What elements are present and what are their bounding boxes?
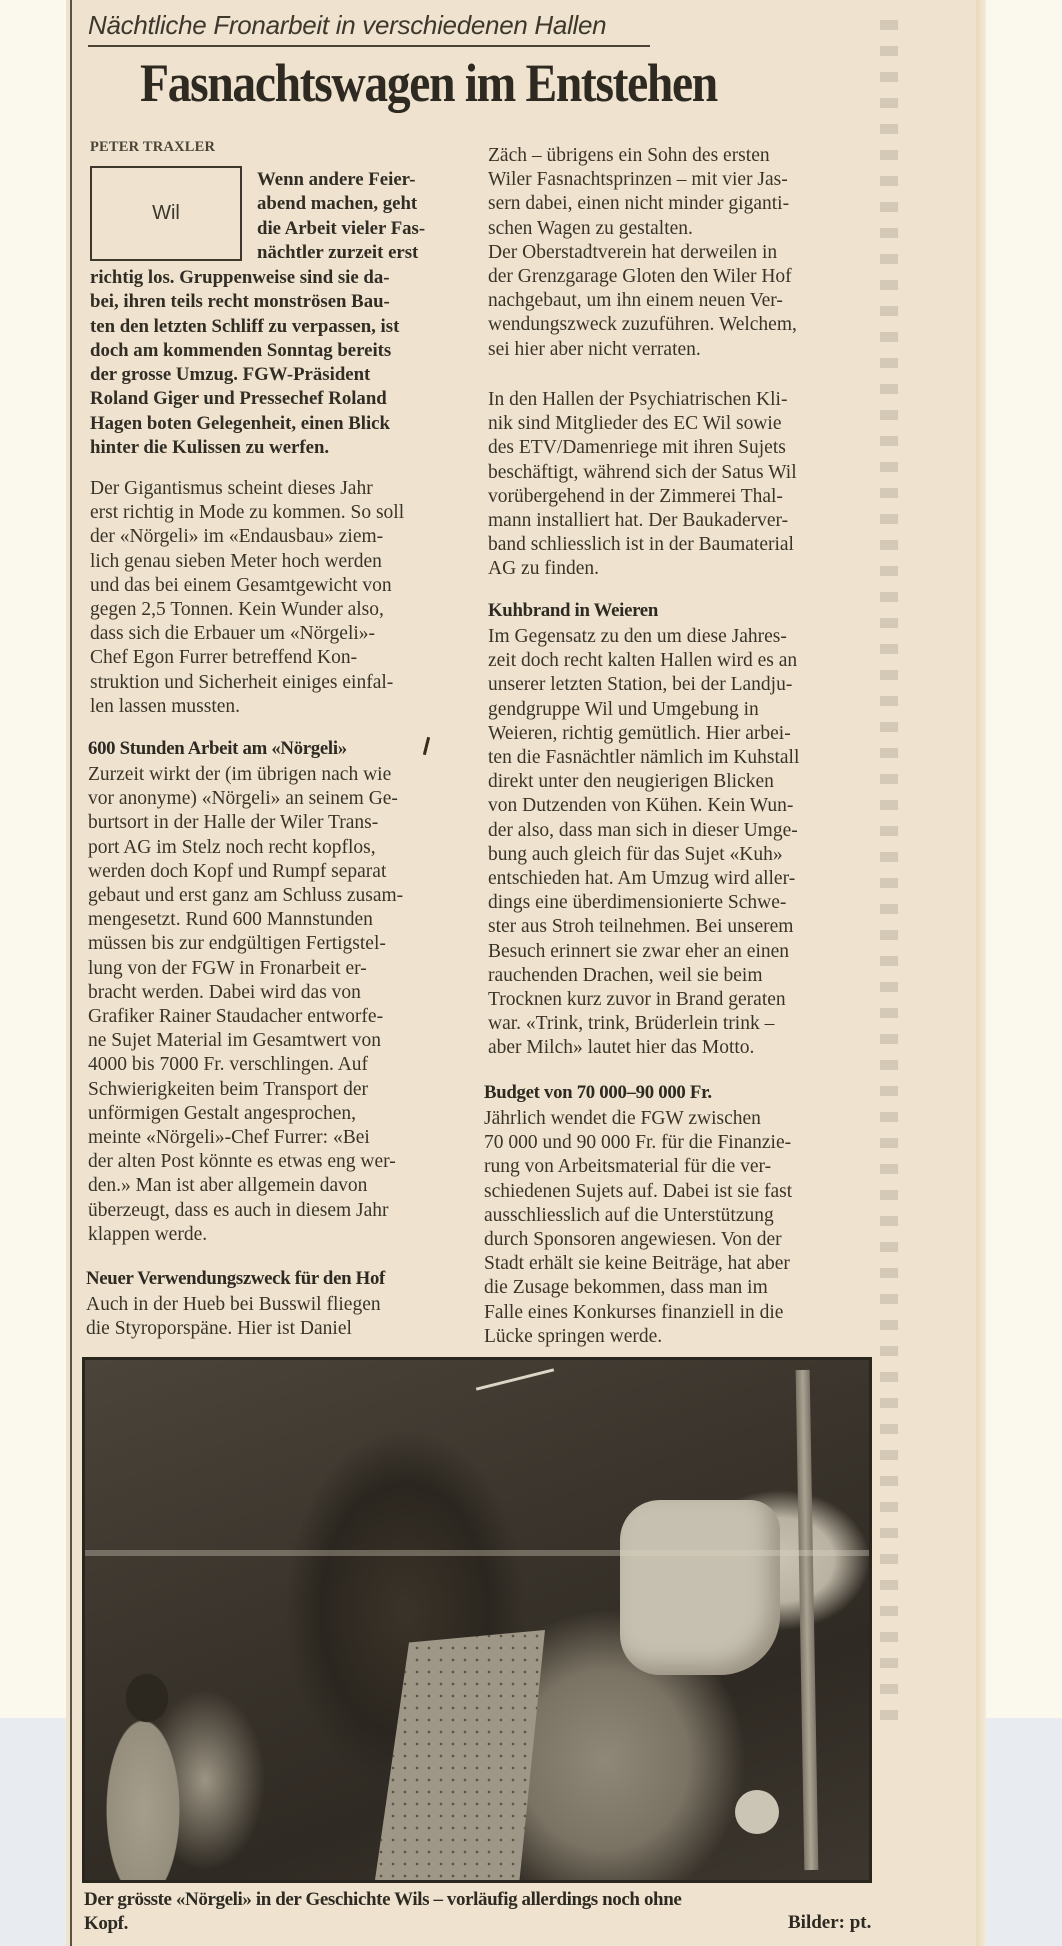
text-line: lich genau sieben Meter hoch werden [90, 550, 471, 574]
caption-line: Kopf. [84, 1912, 872, 1936]
left-col-paragraph-2: Zurzeit wirkt der (im übrigen nach wie v… [88, 763, 471, 1247]
text-line: bung auch gleich für das Sujet «Kuh» [488, 843, 872, 867]
text-line: sern dabei, einen nicht minder giganti- [488, 192, 872, 216]
text-line: aber Milch» lautet hier das Motto. [488, 1036, 872, 1060]
lead-paragraph-continued: richtig los. Gruppenweise sind sie da- b… [90, 266, 471, 460]
photo-light-streak [476, 1368, 554, 1390]
subhead-kuhbrand: Kuhbrand in Weieren [488, 600, 658, 622]
text-line: nachgebaut, um ihn einem neuen Ver- [488, 289, 872, 313]
dateline-box: Wil [90, 166, 242, 261]
text-line: mengesetzt. Rund 600 Mannstunden [88, 908, 471, 932]
text-line: vor anonyme) «Nörgeli» an seinem Ge- [88, 787, 471, 811]
text-line: unförmigen Gestalt angesprochen, [88, 1102, 471, 1126]
text-line: Zäch – übrigens ein Sohn des ersten [488, 144, 872, 168]
text-line: Stadt erhält sie keine Beiträge, hat abe… [484, 1252, 872, 1276]
text-line: der Grenzgarage Gloten den Wiler Hof [488, 265, 872, 289]
text-line: ausschliesslich auf die Unterstützung [484, 1204, 872, 1228]
photo-fold-crease [85, 1550, 869, 1556]
lead-line: Hagen boten Gelegenheit, einen Blick [90, 412, 471, 436]
photo-caption: Der grösste «Nörgeli» in der Geschichte … [84, 1888, 872, 1936]
text-line: Trocknen kurz zuvor in Brand geraten [488, 988, 872, 1012]
text-line: von Dutzenden von Kühen. Kein Wun- [488, 794, 872, 818]
text-line: len lassen mussten. [90, 695, 471, 719]
left-col-paragraph-3: Auch in der Hueb bei Busswil fliegen die… [86, 1293, 471, 1341]
text-line: ten die Fasnächtler nämlich im Kuhstall [488, 746, 872, 770]
text-line: vorübergehend in der Zimmerei Thal- [488, 485, 872, 509]
photo-small-hand [735, 1790, 779, 1834]
right-col-paragraph-2: In den Hallen der Psychiatrischen Kli- n… [488, 388, 872, 582]
text-line: Wiler Fasnachtsprinzen – mit vier Jas- [488, 168, 872, 192]
text-line: bracht werden. Dabei wird das von [88, 981, 471, 1005]
byline: PETER TRAXLER [90, 139, 215, 156]
text-line: direkt unter den neugierigen Blicken [488, 770, 872, 794]
text-line: wendungszweck zuzuführen. Welchem, [488, 313, 872, 337]
text-line: nik sind Mitglieder des EC Wil sowie [488, 412, 872, 436]
text-line: beschäftigt, während sich der Satus Wil [488, 461, 872, 485]
text-line: der alten Post könnte es etwas eng wer- [88, 1150, 471, 1174]
text-line: die Zusage bekommen, dass man im [484, 1276, 872, 1300]
lead-line: richtig los. Gruppenweise sind sie da- [90, 266, 471, 290]
subhead-600-stunden: 600 Stunden Arbeit am «Nörgeli» [88, 738, 347, 760]
text-line: Chef Egon Furrer betreffend Kon- [90, 646, 471, 670]
text-line: durch Sponsoren angewiesen. Von der [484, 1228, 872, 1252]
text-line: der also, dass man sich in dieser Umge- [488, 819, 872, 843]
lead-line: die Arbeit vieler Fas- [257, 217, 471, 241]
text-line: klappen werde. [88, 1223, 471, 1247]
text-line: schen Wagen zu gestalten. [488, 217, 872, 241]
text-line: war. «Trink, trink, Brüderlein trink – [488, 1012, 872, 1036]
text-line: Jährlich wendet die FGW zwischen [484, 1107, 872, 1131]
lead-line: Roland Giger und Pressechef Roland [90, 387, 471, 411]
text-line: unserer letzten Station, bei der Landju- [488, 673, 872, 697]
text-line: und das bei einem Gesamtgewicht von [90, 574, 471, 598]
text-line: erst richtig in Mode zu kommen. So soll [90, 501, 471, 525]
text-line: Besuch erinnert sie zwar eher an einen [488, 940, 872, 964]
text-line: Zurzeit wirkt der (im übrigen nach wie [88, 763, 471, 787]
text-line: ster aus Stroh teilnehmen. Bei unserem [488, 915, 872, 939]
text-line: gendgruppe Wil und Umgebung in [488, 698, 872, 722]
text-line: dings eine überdimensionierte Schwe- [488, 891, 872, 915]
lead-line: bei, ihren teils recht monströsen Bau- [90, 290, 471, 314]
overline-rule [88, 45, 650, 47]
caption-line: Der grösste «Nörgeli» in der Geschichte … [84, 1888, 872, 1912]
right-col-paragraph-4: Jährlich wendet die FGW zwischen 70 000 … [484, 1107, 872, 1349]
text-line: überzeugt, dass es auch in diesem Jahr [88, 1199, 471, 1223]
text-line: In den Hallen der Psychiatrischen Kli- [488, 388, 872, 412]
text-line: rauchenden Drachen, weil sie beim [488, 964, 872, 988]
photo-credit: Bilder: pt. [788, 1912, 871, 1934]
text-line: gegen 2,5 Tonnen. Kein Wunder also, [90, 598, 471, 622]
subhead-budget: Budget von 70 000–90 000 Fr. [484, 1082, 712, 1104]
text-line: entschieden hat. Am Umzug wird aller- [488, 867, 872, 891]
right-col-paragraph-3: Im Gegensatz zu den um diese Jahres- zei… [488, 625, 872, 1061]
photo-noergeli-figure [82, 1357, 872, 1883]
text-line: 4000 bis 7000 Fr. verschlingen. Auf [88, 1053, 471, 1077]
text-line: müssen bis zur endgültigen Fertigstel- [88, 932, 471, 956]
text-line: band schliesslich ist in der Baumaterial [488, 533, 872, 557]
text-line: Schwierigkeiten beim Transport der [88, 1078, 471, 1102]
photo-pole [796, 1370, 819, 1870]
lead-line: hinter die Kulissen zu werfen. [90, 436, 471, 460]
text-line: lung von der FGW in Fronarbeit er- [88, 957, 471, 981]
photo-giant-glove [620, 1500, 780, 1675]
reverse-side-show-through [880, 20, 898, 1720]
text-line: Der Oberstadtverein hat derweilen in [488, 241, 872, 265]
text-line: sei hier aber nicht verraten. [488, 338, 872, 362]
left-col-paragraph-1: Der Gigantismus scheint dieses Jahr erst… [90, 477, 471, 719]
text-line: ne Sujet Material im Gesamtwert von [88, 1029, 471, 1053]
clipping-edge [976, 0, 986, 1946]
subhead-neuer-verwendungszweck: Neuer Verwendungszweck für den Hof [86, 1268, 385, 1290]
headline: Fasnachtswagen im Entstehen [140, 52, 717, 114]
photo-patterned-cloth [375, 1630, 545, 1880]
lead-line: ten den letzten Schliff zu verpassen, is… [90, 315, 471, 339]
text-line: werden doch Kopf und Rumpf separat [88, 860, 471, 884]
text-line: meinte «Nörgeli»-Chef Furrer: «Bei [88, 1126, 471, 1150]
text-line: burtsort in der Halle der Wiler Trans- [88, 811, 471, 835]
text-line: zeit doch recht kalten Hallen wird es an [488, 649, 872, 673]
text-line: dass sich die Erbauer um «Nörgeli»- [90, 622, 471, 646]
text-line: mann installiert hat. Der Baukaderver- [488, 509, 872, 533]
text-line: den.» Man ist aber allgemein davon [88, 1174, 471, 1198]
lead-paragraph: Wenn andere Feier- abend machen, geht di… [257, 168, 471, 265]
text-line: gebaut und erst ganz am Schluss zusam- [88, 884, 471, 908]
text-line: Im Gegensatz zu den um diese Jahres- [488, 625, 872, 649]
photo-bystander [95, 1660, 185, 1880]
text-line: rung von Arbeitsmaterial für die ver- [484, 1155, 872, 1179]
text-line: Grafiker Rainer Staudacher entworfe- [88, 1005, 471, 1029]
text-line: port AG im Stelz noch recht kopflos, [88, 836, 471, 860]
lead-line: abend machen, geht [257, 192, 471, 216]
column-rule-left [70, 0, 72, 1946]
lead-line: nächtler zurzeit erst [257, 241, 471, 265]
text-line: Auch in der Hueb bei Busswil fliegen [86, 1293, 471, 1317]
text-line: struktion und Sicherheit einiges einfal- [90, 671, 471, 695]
text-line: des ETV/Damenriege mit ihren Sujets [488, 436, 872, 460]
text-line: Der Gigantismus scheint dieses Jahr [90, 477, 471, 501]
lead-line: Wenn andere Feier- [257, 168, 471, 192]
overline: Nächtliche Fronarbeit in verschiedenen H… [88, 10, 606, 41]
lead-line: doch am kommenden Sonntag bereits [90, 339, 471, 363]
text-line: die Styroporspäne. Hier ist Daniel [86, 1317, 471, 1341]
text-line: 70 000 und 90 000 Fr. für die Finanzie- [484, 1131, 872, 1155]
text-line: schiedenen Sujets auf. Dabei ist sie fas… [484, 1180, 872, 1204]
text-line: AG zu finden. [488, 557, 872, 581]
text-line: Falle eines Konkurses finanziell in die [484, 1301, 872, 1325]
text-line: Lücke springen werde. [484, 1325, 872, 1349]
text-line: Weieren, richtig gemütlich. Hier arbei- [488, 722, 872, 746]
text-line: der «Nörgeli» im «Endausbau» ziem- [90, 525, 471, 549]
dateline: Wil [152, 202, 180, 225]
lead-line: der grosse Umzug. FGW-Präsident [90, 363, 471, 387]
right-col-paragraph-1: Zäch – übrigens ein Sohn des ersten Wile… [488, 144, 872, 362]
